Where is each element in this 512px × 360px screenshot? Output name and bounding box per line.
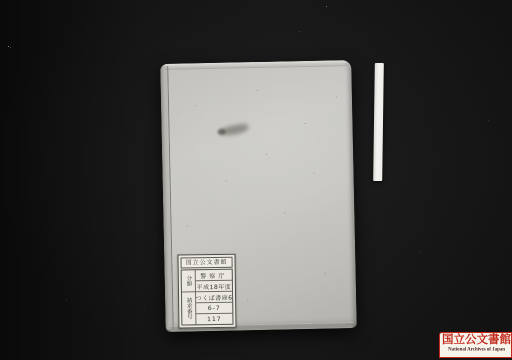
label-year-value: 平成18年度 [196,281,232,292]
box-spine-edge [160,66,174,330]
stamp-title-jp: 国立公文書館 [442,334,510,347]
label-header: 国立公文書館 [181,257,233,269]
archive-box: 国立公文書館 分類 警察庁 平成18年度 請求番号 つくば書庫6 6-7 117 [160,60,357,332]
dust-specks-box [160,64,161,65]
scale-strip [373,63,384,181]
label-call-number-header: 請求番号 [182,292,195,324]
box-lid-edge [163,60,348,70]
label-item-number-value: 117 [196,314,232,325]
archive-label: 国立公文書館 分類 警察庁 平成18年度 請求番号 つくば書庫6 6-7 117 [177,254,236,329]
label-repository-value: つくば書庫6 [196,292,232,303]
dust-specks-background [0,0,1,1]
label-table: 分類 警察庁 平成18年度 請求番号 つくば書庫6 6-7 117 [181,269,234,326]
photo-background: 国立公文書館 分類 警察庁 平成18年度 請求番号 つくば書庫6 6-7 117… [0,0,512,360]
archives-stamp: 国立公文書館 National Archives of Japan [439,332,512,358]
label-classification-header: 分類 [182,270,195,291]
stamp-title-en: National Archives of Japan [448,347,504,353]
label-agency-value: 警察庁 [196,270,232,281]
label-shelf-value: 6-7 [196,303,232,314]
